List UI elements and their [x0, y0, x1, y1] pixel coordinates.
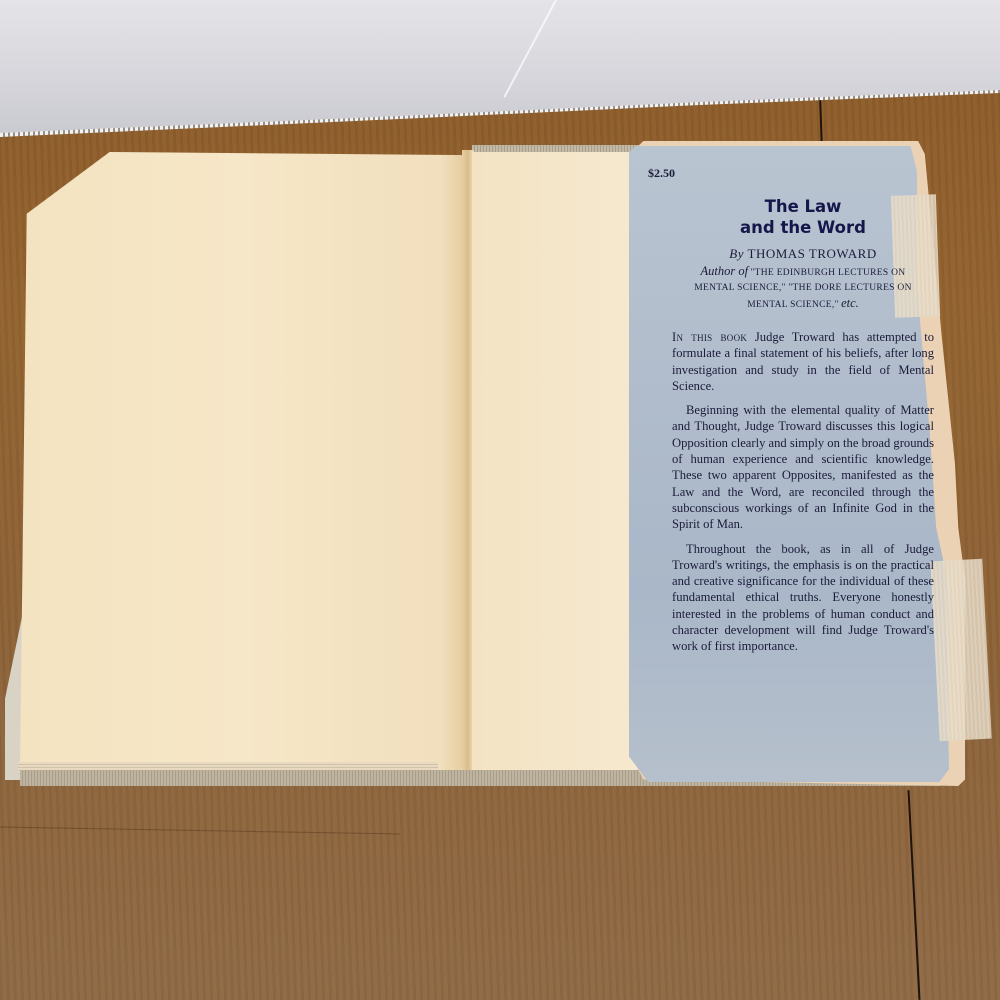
author-name: THOMAS TROWARD: [748, 246, 877, 261]
blurb-paragraph: Throughout the book, as in all of Judge …: [672, 541, 934, 655]
blurb-paragraph: Beginning with the elemental quality of …: [672, 402, 934, 532]
price: $2.50: [648, 166, 675, 181]
blurb-paragraph: In this book Judge Troward has attempted…: [672, 329, 934, 394]
left-endpaper: [20, 152, 468, 770]
author-byline: By THOMAS TROWARD: [672, 246, 934, 262]
other-works: Author of "The Edinburgh Lectures on Men…: [672, 264, 934, 313]
repair-tape: [930, 559, 991, 741]
flap-blurb: In this book Judge Troward has attempted…: [672, 329, 934, 655]
book-title: The Law and the Word: [672, 196, 934, 238]
flap-text: $2.50 The Law and the Word By THOMAS TRO…: [672, 166, 934, 663]
